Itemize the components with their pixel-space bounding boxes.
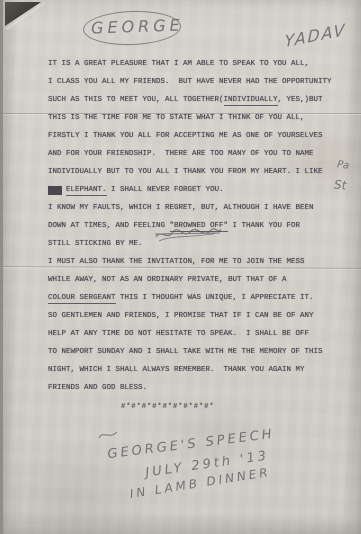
typed-line: I MUST ALSO THANK THE INVITATION, FOR ME… xyxy=(48,253,348,271)
typed-line: SO GENTLEMEN AND FRIENDS, I PROMISE THAT… xyxy=(48,307,348,325)
typed-segment: AND FOR YOUR FRIENDSHIP. THERE ARE TOO M… xyxy=(48,150,314,158)
redacted-word: THE xyxy=(48,186,62,195)
typed-segment: WHILE AWAY, NOT AS AN ORDINARY PRIVATE, … xyxy=(48,276,287,284)
typed-segment: IT IS A GREAT PLEASURE THAT I AM ABLE TO… xyxy=(48,60,309,68)
typed-line: NIGHT, WHICH I SHALL ALWAYS REMEMBER. TH… xyxy=(48,361,348,379)
typed-line: TO NEWPORT SUNDAY AND I SHALL TAKE WITH … xyxy=(48,343,348,361)
typed-segment: INDIVIDUALLY BUT TO YOU ALL I THANK YOU … xyxy=(48,168,323,176)
typed-segment: I KNOW MY FAULTS, WHICH I REGRET, BUT, A… xyxy=(48,204,314,212)
scanned-document-page: IT IS A GREAT PLEASURE THAT I AM ABLE TO… xyxy=(0,0,361,534)
typed-line: AND FOR YOUR FRIENDSHIP. THERE ARE TOO M… xyxy=(48,145,348,163)
typed-line: FIRSTLY I THANK YOU ALL FOR ACCEPTING ME… xyxy=(48,127,348,145)
typed-segment: FRIENDS AND GOD BLESS. xyxy=(48,384,147,392)
typed-segment: THIS IS THE TIME FOR ME TO STATE WHAT I … xyxy=(48,114,305,122)
typed-segment: I THANK YOU FOR xyxy=(228,222,300,230)
pencil-flourish-mark xyxy=(97,428,119,442)
typed-segment: STILL STICKING BY ME. xyxy=(48,240,143,248)
typed-line: FRIENDS AND GOD BLESS. xyxy=(48,379,348,397)
typed-line: HELP AT ANY TIME DO NOT HESITATE TO SPEA… xyxy=(48,325,348,343)
typed-segment: NIGHT, WHICH I SHALL ALWAYS REMEMBER. TH… xyxy=(48,366,305,374)
typed-segment: THIS I THOUGHT WAS UNIQUE, I APPRECIATE … xyxy=(116,294,314,302)
handwritten-name-george: GEORGE xyxy=(91,15,184,37)
typed-line: I KNOW MY FAULTS, WHICH I REGRET, BUT, A… xyxy=(48,199,348,217)
typed-segment: I CLASS YOU ALL MY FRIENDS. BUT HAVE NEV… xyxy=(48,78,332,86)
typed-segment: ELEPHANT. xyxy=(66,186,107,196)
typed-segment: TO NEWPORT SUNDAY AND I SHALL TAKE WITH … xyxy=(48,348,323,356)
typed-divider: #*#*#*#*#*#*#*#*#* xyxy=(121,403,215,411)
margin-note-st: St xyxy=(334,178,347,193)
margin-note-pa: Pa xyxy=(336,159,350,172)
typed-segment: COLOUR SERGEANT xyxy=(48,294,116,304)
typed-line: COLOUR SERGEANT THIS I THOUGHT WAS UNIQU… xyxy=(48,289,348,307)
typed-segment: DOWN AT TIMES, AND FEELING xyxy=(48,222,170,230)
typed-line: WHILE AWAY, NOT AS AN ORDINARY PRIVATE, … xyxy=(48,271,348,289)
typed-segment: SO GENTLEMEN AND FRIENDS, I PROMISE THAT… xyxy=(48,312,314,320)
typed-line: SUCH AS THIS TO MEET YOU, ALL TOGETHER(I… xyxy=(48,91,348,109)
typed-segment: INDIVIDUALLY xyxy=(224,96,278,106)
typed-line: THIS IS THE TIME FOR ME TO STATE WHAT I … xyxy=(48,109,348,127)
typed-line: IT IS A GREAT PLEASURE THAT I AM ABLE TO… xyxy=(48,55,348,73)
folded-corner xyxy=(5,2,41,26)
typed-line: INDIVIDUALLY BUT TO YOU ALL I THANK YOU … xyxy=(48,163,348,181)
typed-line: THE ELEPHANT. I SHALL NEVER FORGET YOU. xyxy=(48,181,348,199)
typed-segment: FIRSTLY I THANK YOU ALL FOR ACCEPTING ME… xyxy=(48,132,323,140)
crossed-out-scribble xyxy=(153,221,223,247)
typed-line: I CLASS YOU ALL MY FRIENDS. BUT HAVE NEV… xyxy=(48,73,348,91)
typed-segment: SUCH AS THIS TO MEET YOU, ALL TOGETHER( xyxy=(48,96,224,104)
typed-segment: I MUST ALSO THANK THE INVITATION, FOR ME… xyxy=(48,258,305,266)
handwritten-name-yadav: YADAV xyxy=(284,20,346,51)
paper-sheet: IT IS A GREAT PLEASURE THAT I AM ABLE TO… xyxy=(3,0,361,534)
typed-segment: I SHALL NEVER FORGET YOU. xyxy=(107,186,224,194)
typed-segment: , YES,)BUT xyxy=(278,96,323,104)
typed-segment: HELP AT ANY TIME DO NOT HESITATE TO SPEA… xyxy=(48,330,309,338)
